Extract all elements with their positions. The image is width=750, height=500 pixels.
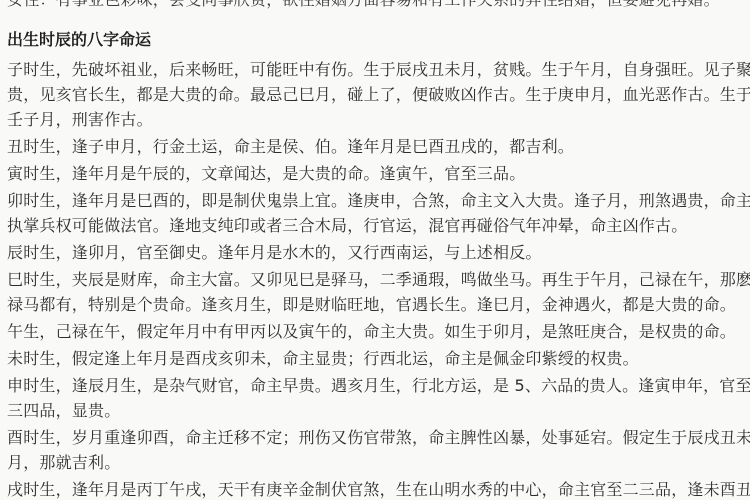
paragraph: 未时生，假定逢上年月是酉戌亥卯未，命主显贵；行西北运，命主是佩金印紫绶的权贵。	[7, 346, 742, 371]
text-line: 未时生，假定逢上年月是酉戌亥卯未，命主显贵；行西北运，命主是佩金印紫绶的权贵。	[7, 346, 742, 371]
text-line: 贵，见亥官长生，都是大贵的命。最忌己巳月，碰上了，便破败凶作古。生于庚申月，血光…	[7, 82, 742, 107]
article-page: 女性：有事业色彩味，会受同事欣赏，欲往婚姻方面容易和有工作关系的异性结婚，但要避…	[0, 0, 750, 500]
text-line: 巳时生，夹辰是财库，命主大富。又卯见巳是驿马，二季通瑕，鸣做坐马。再生于午月，己…	[7, 267, 742, 292]
paragraph: 巳时生，夹辰是财库，命主大富。又卯见巳是驿马，二季通瑕，鸣做坐马。再生于午月，己…	[7, 267, 742, 317]
text-line: 午生，己禄在午，假定年月中有甲丙以及寅午的，命主大贵。如生于卯月，是煞旺庚合，是…	[7, 319, 742, 344]
paragraph: 丑时生，逢子申月，行金土运，命主是侯、伯。逢年月是巳酉丑戌的，都吉利。	[7, 134, 742, 159]
text-line: 三四品，显贵。	[7, 398, 742, 423]
paragraph: 寅时生，逢年月是午辰的，文章闻达，是大贵的命。逢寅午，官至三品。	[7, 161, 742, 186]
article-body: 子时生，先破坏祖业，后来畅旺，可能旺中有伤。生于辰戌丑未月，贫贱。生于午月，自身…	[7, 57, 742, 500]
paragraph: 卯时生，逢年月是巳酉的，即是制伏鬼祟上宜。逢庚申，合煞，命主文入大贵。逢子月，刑…	[7, 188, 742, 238]
text-line: 丑时生，逢子申月，行金土运，命主是侯、伯。逢年月是巳酉丑戌的，都吉利。	[7, 134, 742, 159]
paragraph: 戌时生，逢年月是丙丁午戌，天干有庚辛金制伏官煞，生在山明水秀的中心，命主官至二三…	[7, 477, 742, 500]
text-line: 申时生，逢辰月生，是杂气财官，命主早贵。遇亥月生，行北方运，是 5、六品的贵人。…	[7, 373, 742, 398]
text-line: 禄马都有，特别是个贵命。逢亥月生，即是财临旺地，官遇长生。逢巳月，金神遇火，都是…	[7, 292, 742, 317]
paragraph: 申时生，逢辰月生，是杂气财官，命主早贵。遇亥月生，行北方运，是 5、六品的贵人。…	[7, 373, 742, 423]
article-heading: 出生时辰的八字命运	[7, 27, 742, 52]
text-line: 戌时生，逢年月是丙丁午戌，天干有庚辛金制伏官煞，生在山明水秀的中心，命主官至二三…	[7, 477, 742, 500]
paragraph: 酉时生，岁月重逢卯酉，命主迁移不定；刑伤又伤官带煞，命主脾性凶暴，处事延宕。假定…	[7, 425, 742, 475]
text-line: 壬子月，刑害作古。	[7, 107, 742, 132]
text-line: 子时生，先破坏祖业，后来畅旺，可能旺中有伤。生于辰戌丑未月，贫贱。生于午月，自身…	[7, 57, 742, 82]
paragraph: 辰时生，逢卯月，官至御史。逢年月是水木的，又行西南运，与上述相反。	[7, 240, 742, 265]
paragraph: 午生，己禄在午，假定年月中有甲丙以及寅午的，命主大贵。如生于卯月，是煞旺庚合，是…	[7, 319, 742, 344]
text-line: 月，那就吉利。	[7, 450, 742, 475]
intro-line-clipped: 女性：有事业色彩味，会受同事欣赏，欲往婚姻方面容易和有工作关系的异性结婚，但要避…	[7, 0, 742, 12]
text-line: 执掌兵权可能做法官。逢地支纯印或者三合木局，行官运，混官再碰俗气年冲晕，命主凶作…	[7, 213, 742, 238]
text-line: 卯时生，逢年月是巳酉的，即是制伏鬼祟上宜。逢庚申，合煞，命主文入大贵。逢子月，刑…	[7, 188, 742, 213]
paragraph: 子时生，先破坏祖业，后来畅旺，可能旺中有伤。生于辰戌丑未月，贫贱。生于午月，自身…	[7, 57, 742, 132]
text-line: 寅时生，逢年月是午辰的，文章闻达，是大贵的命。逢寅午，官至三品。	[7, 161, 742, 186]
text-line: 酉时生，岁月重逢卯酉，命主迁移不定；刑伤又伤官带煞，命主脾性凶暴，处事延宕。假定…	[7, 425, 742, 450]
article-content: 女性：有事业色彩味，会受同事欣赏，欲往婚姻方面容易和有工作关系的异性结婚，但要避…	[0, 0, 750, 500]
text-line: 辰时生，逢卯月，官至御史。逢年月是水木的，又行西南运，与上述相反。	[7, 240, 742, 265]
